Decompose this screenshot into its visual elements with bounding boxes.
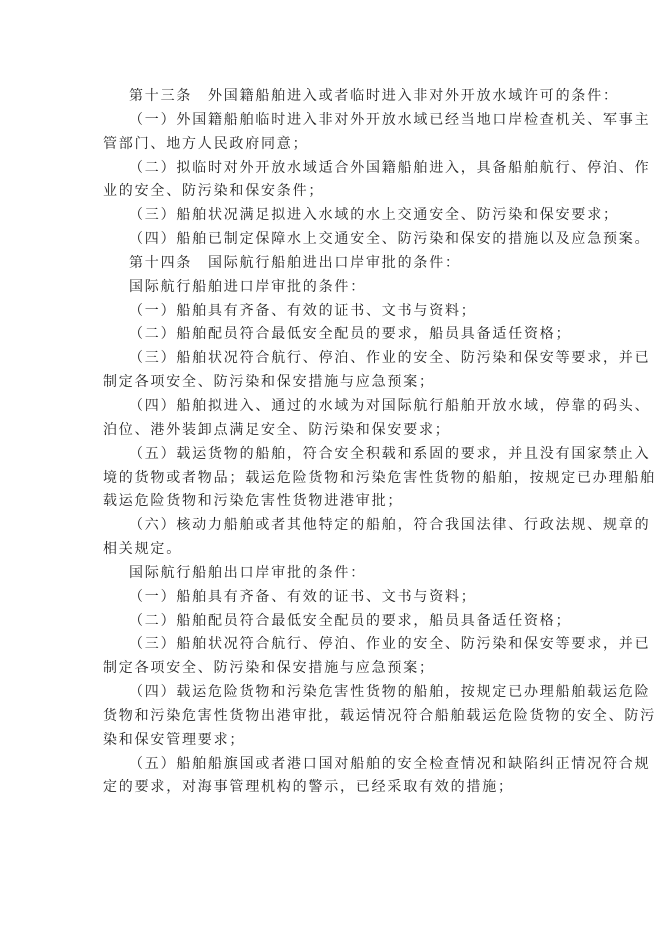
entry-item-6-line-1: （六）核动力船舶或者其他特定的船舶，符合我国法律、行政法规、规章的 xyxy=(103,514,561,538)
exit-item-5-line-2: 定的要求，对海事管理机构的警示，已经采取有效的措施； xyxy=(103,776,565,800)
entry-item-4-line-2: 泊位、港外装卸点满足安全、防污染和保安要求； xyxy=(103,419,565,443)
article-13-item-1-line-1: （一）外国籍船舶临时进入非对外开放水域已经当地口岸检查机关、军事主 xyxy=(103,109,561,133)
entry-item-3-line-1: （三）船舶状况符合航行、停泊、作业的安全、防污染和保安等要求，并已 xyxy=(103,347,561,371)
document-page: 第十三条 外国籍船舶进入或者临时进入非对外开放水域许可的条件： （一）外国籍船舶… xyxy=(103,85,565,800)
article-13-item-2-line-2: 业的安全、防污染和保安条件； xyxy=(103,180,565,204)
exit-item-1: （一）船舶具有齐备、有效的证书、文书与资料； xyxy=(103,586,565,610)
exit-item-5-line-1: （五）船舶船旗国或者港口国对船舶的安全检查情况和缺陷纠正情况符合规 xyxy=(103,753,561,777)
entry-item-3-line-2: 制定各项安全、防污染和保安措施与应急预案； xyxy=(103,371,565,395)
article-13-item-1-line-2: 管部门、地方人民政府同意； xyxy=(103,133,565,157)
exit-item-2: （二）船舶配员符合最低安全配员的要求，船员具备适任资格； xyxy=(103,610,565,634)
entry-item-2: （二）船舶配员符合最低安全配员的要求，船员具备适任资格； xyxy=(103,323,565,347)
exit-approval-conditions-heading: 国际航行船舶出口岸审批的条件： xyxy=(103,562,565,586)
exit-item-4-line-3: 染和保安管理要求； xyxy=(103,729,565,753)
entry-approval-conditions-heading: 国际航行船舶进口岸审批的条件： xyxy=(103,276,565,300)
entry-item-4-line-1: （四）船舶拟进入、通过的水域为对国际航行船舶开放水域，停靠的码头、 xyxy=(103,395,561,419)
exit-item-4-line-2: 货物和污染危害性货物出港审批，载运情况符合船舶载运危险货物的安全、防污 xyxy=(103,705,561,729)
entry-item-5-line-1: （五）载运货物的船舶，符合安全积载和系固的要求，并且没有国家禁止入 xyxy=(103,443,561,467)
article-14-heading: 第十四条 国际航行船舶进出口岸审批的条件： xyxy=(103,252,565,276)
exit-item-3-line-2: 制定各项安全、防污染和保安措施与应急预案； xyxy=(103,657,565,681)
article-13-item-2-line-1: （二）拟临时对外开放水域适合外国籍船舶进入，具备船舶航行、停泊、作 xyxy=(103,157,561,181)
entry-item-5-line-3: 载运危险货物和污染危害性货物进港审批； xyxy=(103,490,565,514)
article-13-item-4: （四）船舶已制定保障水上交通安全、防污染和保安的措施以及应急预案。 xyxy=(103,228,561,252)
exit-item-3-line-1: （三）船舶状况符合航行、停泊、作业的安全、防污染和保安等要求，并已 xyxy=(103,633,561,657)
exit-item-4-line-1: （四）载运危险货物和污染危害性货物的船舶，按规定已办理船舶载运危险 xyxy=(103,681,561,705)
entry-item-5-line-2: 境的货物或者物品；载运危险货物和污染危害性货物的船舶，按规定已办理船舶 xyxy=(103,467,561,491)
entry-item-1: （一）船舶具有齐备、有效的证书、文书与资料； xyxy=(103,300,565,324)
entry-item-6-line-2: 相关规定。 xyxy=(103,538,565,562)
article-13-heading: 第十三条 外国籍船舶进入或者临时进入非对外开放水域许可的条件： xyxy=(103,85,565,109)
article-13-item-3: （三）船舶状况满足拟进入水域的水上交通安全、防污染和保安要求； xyxy=(103,204,565,228)
